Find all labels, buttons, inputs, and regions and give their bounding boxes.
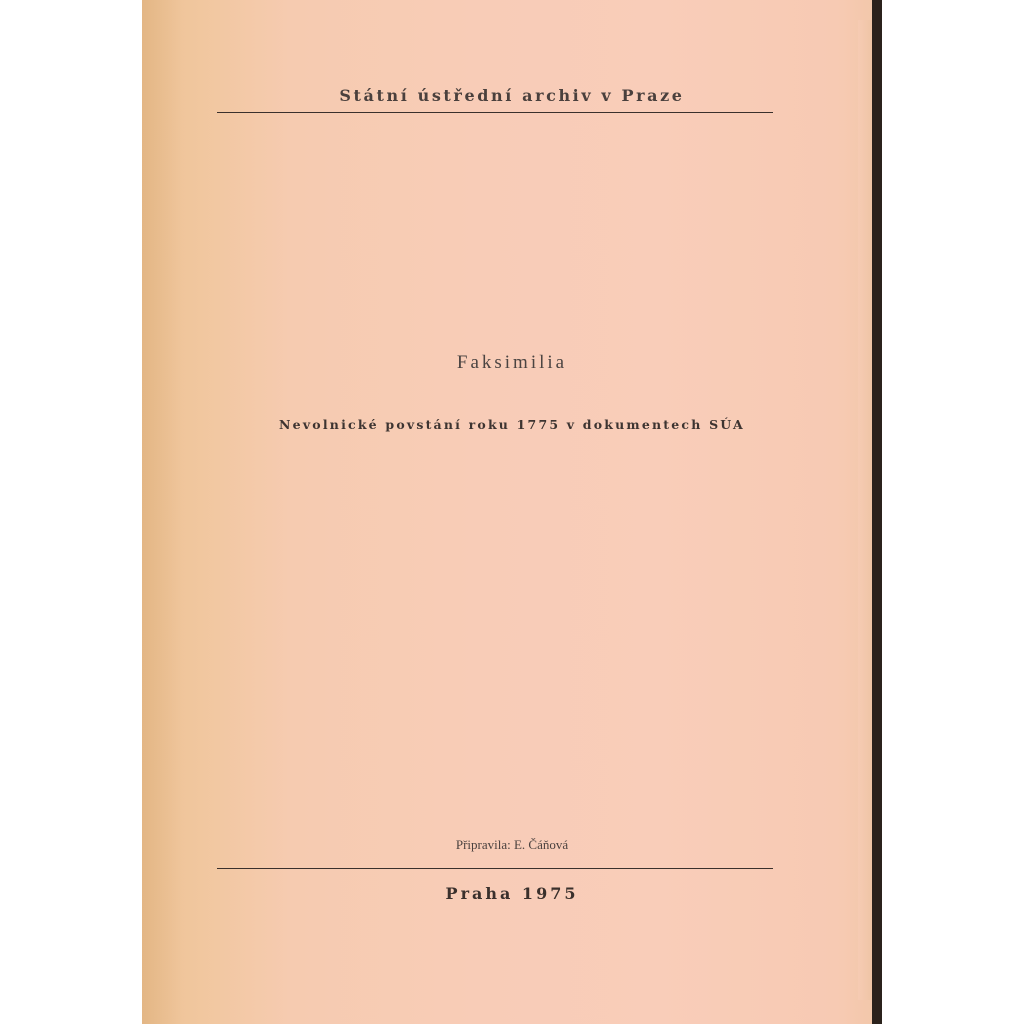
book-spine-shadow: [872, 0, 882, 1024]
bottom-divider: [217, 868, 773, 869]
cover-title: Faksimilia: [0, 352, 1024, 374]
place-year: Praha 1975: [0, 884, 1024, 903]
prepared-by: Připravila: E. Čáňová: [0, 837, 1024, 853]
book-cover: [142, 0, 882, 1024]
cover-subtitle: Nevolnické povstání roku 1775 v dokument…: [0, 417, 1024, 432]
institution-name: Státní ústřední archiv v Praze: [0, 86, 1024, 105]
top-divider: [217, 112, 773, 113]
